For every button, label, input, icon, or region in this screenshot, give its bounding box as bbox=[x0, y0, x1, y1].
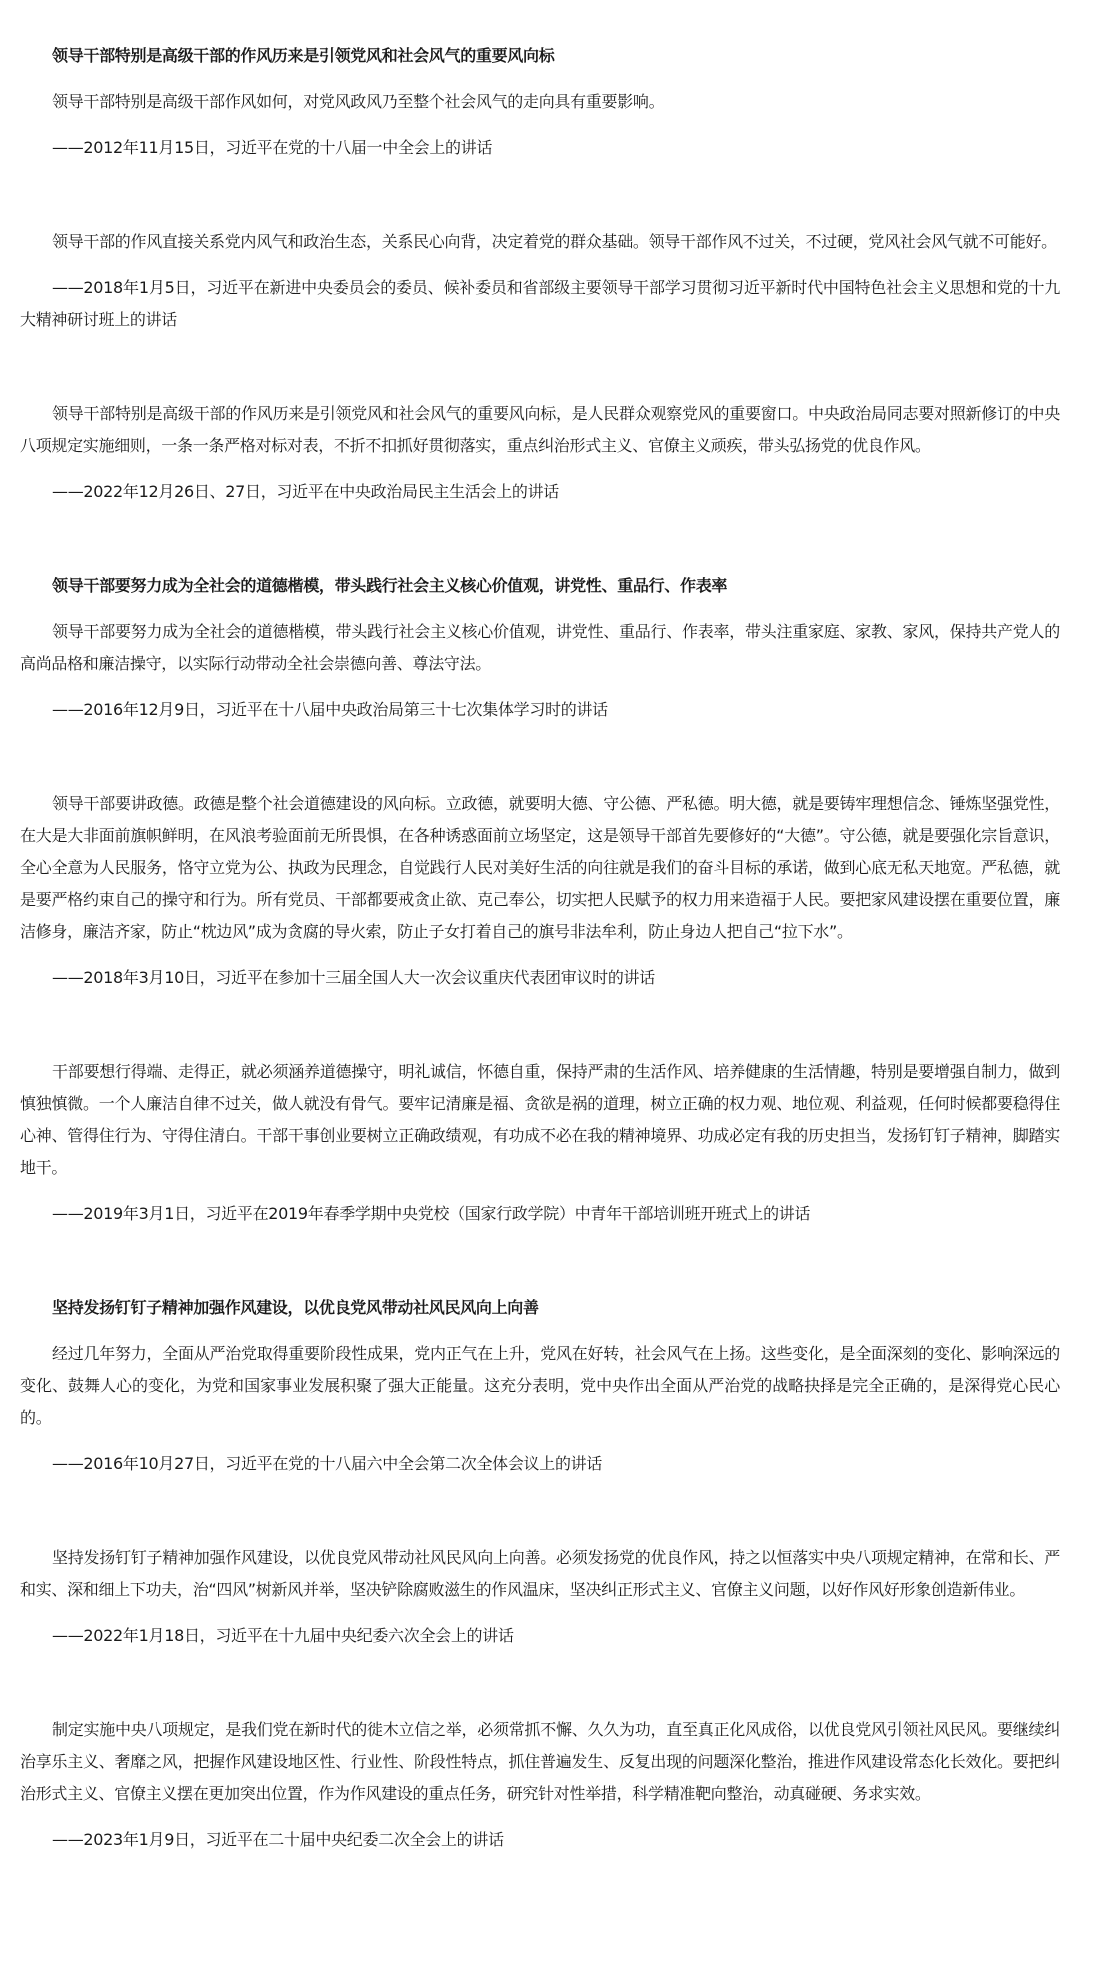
blank-line bbox=[20, 1666, 1060, 1698]
quote-text: 领导干部特别是高级干部的作风历来是引领党风和社会风气的重要风向标，是人民群众观察… bbox=[20, 398, 1060, 462]
blank-line bbox=[20, 1244, 1060, 1276]
quote-text: 坚持发扬钉钉子精神加强作风建设，以优良党风带动社风民风向上向善。必须发扬党的优良… bbox=[20, 1542, 1060, 1606]
quote-text: 制定实施中央八项规定，是我们党在新时代的徙木立信之举，必须常抓不懈、久久为功，直… bbox=[20, 1714, 1060, 1810]
quote-source: ——2019年3月1日，习近平在2019年春季学期中央党校（国家行政学院）中青年… bbox=[20, 1198, 1060, 1230]
blank-line bbox=[20, 178, 1060, 210]
quote-source: ——2022年12月26日、27日，习近平在中央政治局民主生活会上的讲话 bbox=[20, 476, 1060, 508]
quote-text: 领导干部的作风直接关系党内风气和政治生态，关系民心向背，决定着党的群众基础。领导… bbox=[20, 226, 1060, 258]
quote-source: ——2016年12月9日，习近平在十八届中央政治局第三十七次集体学习时的讲话 bbox=[20, 694, 1060, 726]
blank-line bbox=[20, 1494, 1060, 1526]
blank-line bbox=[20, 350, 1060, 382]
quote-source: ——2016年10月27日，习近平在党的十八届六中全会第二次全体会议上的讲话 bbox=[20, 1448, 1060, 1480]
quote-text: 领导干部特别是高级干部作风如何，对党风政风乃至整个社会风气的走向具有重要影响。 bbox=[20, 86, 1060, 118]
quote-text: 领导干部要讲政德。政德是整个社会道德建设的风向标。立政德，就要明大德、守公德、严… bbox=[20, 788, 1060, 948]
quote-source: ——2018年3月10日，习近平在参加十三届全国人大一次会议重庆代表团审议时的讲… bbox=[20, 962, 1060, 994]
blank-line bbox=[20, 740, 1060, 772]
section-heading: 坚持发扬钉钉子精神加强作风建设，以优良党风带动社风民风向上向善 bbox=[20, 1292, 1060, 1324]
quote-source: ——2023年1月9日，习近平在二十届中央纪委二次全会上的讲话 bbox=[20, 1824, 1060, 1856]
blank-line bbox=[20, 522, 1060, 554]
section-heading: 领导干部要努力成为全社会的道德楷模，带头践行社会主义核心价值观，讲党性、重品行、… bbox=[20, 570, 1060, 602]
blank-line bbox=[20, 1008, 1060, 1040]
article-body: 领导干部特别是高级干部的作风历来是引领党风和社会风气的重要风向标 领导干部特别是… bbox=[0, 0, 1100, 1890]
quote-text: 领导干部要努力成为全社会的道德楷模，带头践行社会主义核心价值观，讲党性、重品行、… bbox=[20, 616, 1060, 680]
quote-source: ——2022年1月18日，习近平在十九届中央纪委六次全会上的讲话 bbox=[20, 1620, 1060, 1652]
quote-source: ——2012年11月15日，习近平在党的十八届一中全会上的讲话 bbox=[20, 132, 1060, 164]
quote-text: 干部要想行得端、走得正，就必须涵养道德操守，明礼诚信，怀德自重，保持严肃的生活作… bbox=[20, 1056, 1060, 1184]
quote-source: ——2018年1月5日，习近平在新进中央委员会的委员、候补委员和省部级主要领导干… bbox=[20, 272, 1060, 336]
section-heading: 领导干部特别是高级干部的作风历来是引领党风和社会风气的重要风向标 bbox=[20, 40, 1060, 72]
quote-text: 经过几年努力，全面从严治党取得重要阶段性成果，党内正气在上升，党风在好转，社会风… bbox=[20, 1338, 1060, 1434]
